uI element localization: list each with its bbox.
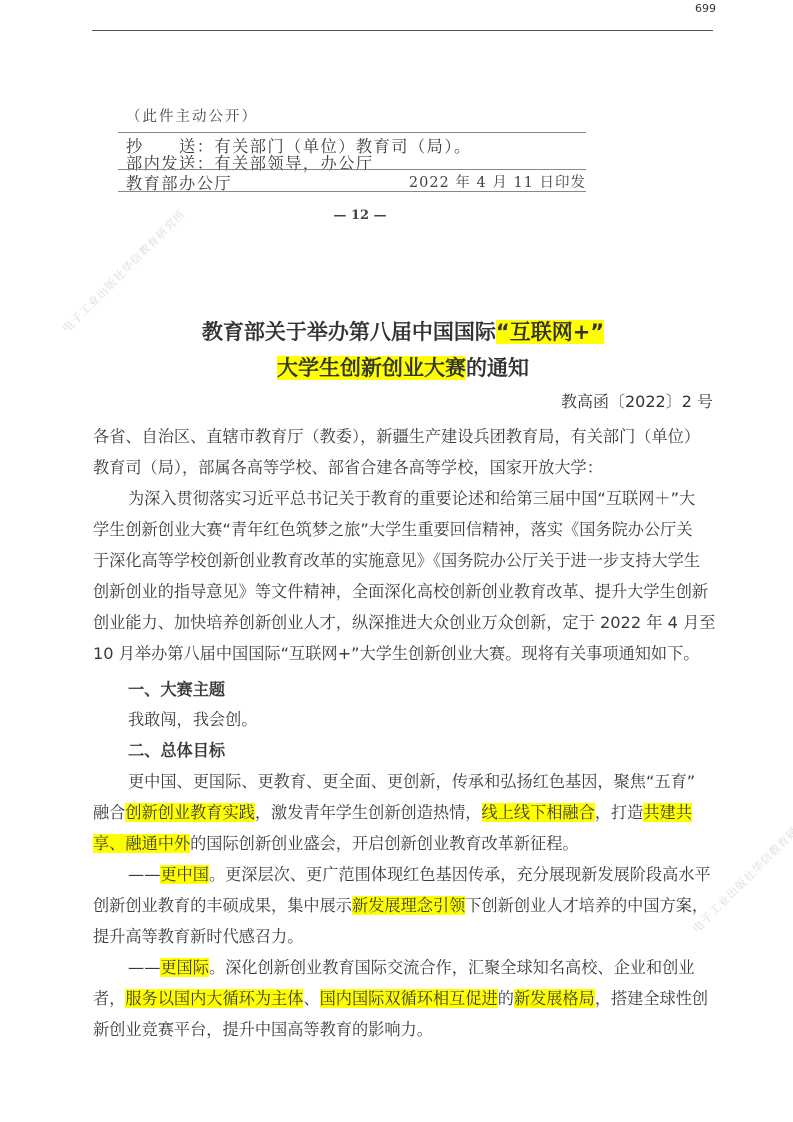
highlight: 享、融通中外 <box>93 834 190 853</box>
highlight: 共建共 <box>643 803 692 822</box>
open-note: （此件主动公开） <box>126 105 258 126</box>
dash: —— <box>128 958 160 977</box>
intl-line: ——更国际。深化创新创业教育国际交流合作，汇聚全球知名高校、企业和创业 <box>128 955 753 981</box>
intro-line: 于深化高等学校创新创业教育改革的实施意见》《国务院办公厅关于进一步支持大学生 <box>93 548 718 574</box>
title-highlight: 大学生创新创业大赛 <box>277 356 466 380</box>
goal-line: 享、融通中外的国际创新创业盛会，开启创新创业教育改革新征程。 <box>93 831 718 857</box>
title-line-2: 大学生创新创业大赛的通知 <box>93 352 713 382</box>
intro-line: 创新创业的指导意见》等文件精神，全面深化高校创新创业教育改革、提升大学生创新 <box>93 579 718 605</box>
text-span: 、 <box>303 989 319 1008</box>
intl-line: 者，服务以国内大循环为主体、国内国际双循环相互促进的新发展格局，搭建全球性创 <box>93 986 718 1012</box>
page-number: 699 <box>676 2 716 15</box>
scanned-page-number: — 12 — <box>330 208 390 223</box>
goal-line: 更中国、更国际、更教育、更全面、更创新，传承和弘扬红色基因，聚焦“五育” <box>128 769 753 795</box>
intro-line: 10 月举办第八届中国国际“互联网+”大学生创新创业大赛。现将有关事项通知如下。 <box>93 641 718 667</box>
highlight: 服务以国内大循环为主体 <box>125 989 303 1008</box>
china-line: ——更中国。更深层次、更广范围体现红色基因传承，充分展现新发展阶段高水平 <box>128 862 753 888</box>
intro-line: 为深入贯彻落实习近平总书记关于教育的重要论述和给第三届中国“互联网＋”大 <box>128 486 753 512</box>
text-span: 者， <box>93 989 125 1008</box>
highlight: 国内国际双循环相互促进 <box>320 989 498 1008</box>
text-span: ，激发青年学生创新创造热情， <box>255 803 482 822</box>
text-span: 的国际创新创业盛会，开启创新创业教育改革新征程。 <box>190 834 579 853</box>
text-span: 的 <box>498 989 514 1008</box>
title-text: 教育部关于举办第八届中国国际 <box>202 320 496 344</box>
header-rule <box>92 30 713 31</box>
section-heading: 二、总体目标 <box>128 738 753 764</box>
imprint-rule <box>118 132 586 133</box>
section-text: 我敢闯，我会创。 <box>128 707 753 733</box>
highlight: 线上线下相融合 <box>482 803 595 822</box>
addressee-line: 各省、自治区、直辖市教育厅（教委），新疆生产建设兵团教育局，有关部门（单位） <box>93 424 718 450</box>
text-span: 创新创业教育的丰硕成果，集中展示 <box>93 896 352 915</box>
imprint-rule <box>118 191 586 192</box>
imprint-rule <box>118 169 586 170</box>
goal-line: 融合创新创业教育实践，激发青年学生创新创造热情，线上线下相融合，打造共建共 <box>93 800 718 826</box>
text-span: ，搭建全球性创 <box>595 989 708 1008</box>
china-line: 提升高等教育新时代感召力。 <box>93 924 718 950</box>
text-span: 下创新创业人才培养的中国方案， <box>465 896 708 915</box>
title-line-1: 教育部关于举办第八届中国国际“互联网+” <box>93 316 713 346</box>
title-highlight: “互联网+” <box>496 320 604 344</box>
intro-line: 学生创新创业大赛“青年红色筑梦之旅”大学生重要回信精神，落实《国务院办公厅关 <box>93 517 718 543</box>
text-span: 。更深层次、更广范围体现红色基因传承，充分展现新发展阶段高水平 <box>209 865 711 884</box>
dash: —— <box>128 865 160 884</box>
highlight: 创新创业教育实践 <box>125 803 255 822</box>
highlight: 更国际 <box>160 958 209 977</box>
text-span: 。深化创新创业教育国际交流合作，汇聚全球知名高校、企业和创业 <box>209 958 695 977</box>
highlight: 更中国 <box>160 865 209 884</box>
title-text: 的通知 <box>466 356 529 380</box>
highlight: 新发展理念引领 <box>352 896 465 915</box>
highlight: 新发展格局 <box>514 989 595 1008</box>
intro-line: 创业能力、加快培养创新创业人才，纵深推进大众创业万众创新，定于 2022 年 4… <box>93 610 718 636</box>
section-heading: 一、大赛主题 <box>128 677 753 703</box>
intl-line: 新创业竞赛平台，提升中国高等教育的影响力。 <box>93 1017 718 1043</box>
addressee-line: 教育司（局），部属各高等学校、部省合建各高等学校，国家开放大学： <box>93 455 718 481</box>
text-span: ，打造 <box>595 803 644 822</box>
document-number: 教高函〔2022〕2 号 <box>561 389 713 412</box>
china-line: 创新创业教育的丰硕成果，集中展示新发展理念引领下创新创业人才培养的中国方案， <box>93 893 718 919</box>
text-span: 融合 <box>93 803 125 822</box>
print-date: 2022 年 4 月 11 日印发 <box>409 171 586 192</box>
